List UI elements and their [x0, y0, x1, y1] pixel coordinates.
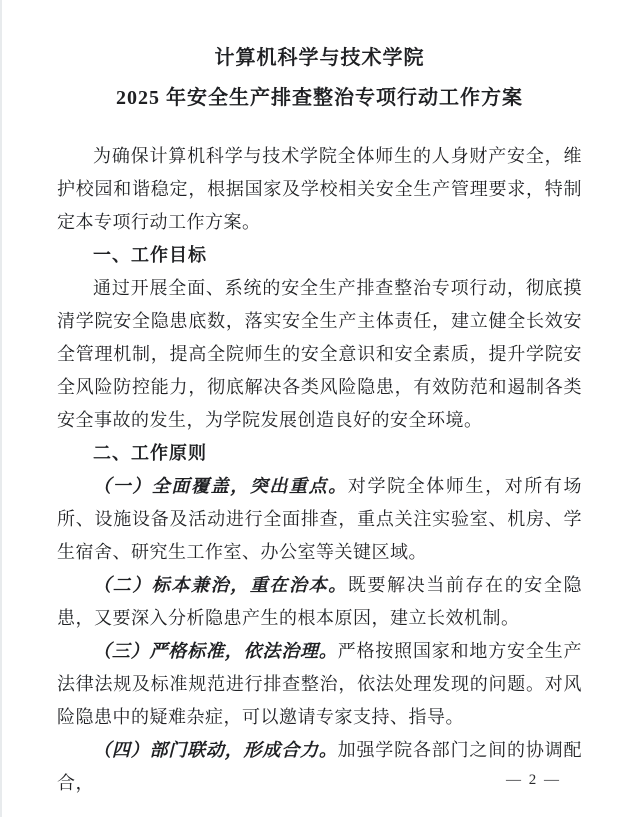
paragraph-text: 通过开展全面、系统的安全生产排查整治专项行动，彻底摸清学院安全隐患底数，落实安全… — [57, 278, 582, 430]
section-heading: 一、工作目标 — [57, 239, 582, 272]
paragraph-lead: （三）严格标准，依法治理。 — [93, 641, 338, 661]
paragraph: （二）标本兼治，重在治本。既要解决当前存在的安全隐患，又要深入分析隐患产生的根本… — [57, 569, 582, 635]
paragraph-lead: （二）标本兼治，重在治本。 — [93, 575, 348, 595]
section-heading: 二、工作原则 — [57, 437, 582, 470]
document-page: 计算机科学与技术学院2025 年安全生产排查整治专项行动工作方案 为确保计算机科… — [0, 0, 639, 817]
page-number: — 2 — — [506, 770, 561, 790]
heading-text: 二、工作原则 — [93, 443, 207, 463]
paragraph: （一）全面覆盖，突出重点。对学院全体师生，对所有场所、设施设备及活动进行全面排查… — [57, 470, 582, 569]
document-title: 计算机科学与技术学院2025 年安全生产排查整治专项行动工作方案 — [57, 38, 582, 118]
title-line: 2025 年安全生产排查整治专项行动工作方案 — [57, 78, 582, 118]
paragraph-lead: （四）部门联动，形成合力。 — [93, 740, 338, 760]
paragraph: （三）严格标准，依法治理。严格按照国家和地方安全生产法律法规及标准规范进行排查整… — [57, 635, 582, 734]
paragraph: 为确保计算机科学与技术学院全体师生的人身财产安全，维护校园和谐稳定，根据国家及学… — [57, 140, 582, 239]
paragraph-text: 为确保计算机科学与技术学院全体师生的人身财产安全，维护校园和谐稳定，根据国家及学… — [57, 146, 582, 232]
heading-text: 一、工作目标 — [93, 245, 207, 265]
paragraph: （四）部门联动，形成合力。加强学院各部门之间的协调配合， — [57, 734, 582, 800]
title-line: 计算机科学与技术学院 — [57, 38, 582, 78]
paragraph: 通过开展全面、系统的安全生产排查整治专项行动，彻底摸清学院安全隐患底数，落实安全… — [57, 272, 582, 437]
document-body: 为确保计算机科学与技术学院全体师生的人身财产安全，维护校园和谐稳定，根据国家及学… — [57, 140, 582, 800]
paragraph-lead: （一）全面覆盖，突出重点。 — [93, 476, 348, 496]
